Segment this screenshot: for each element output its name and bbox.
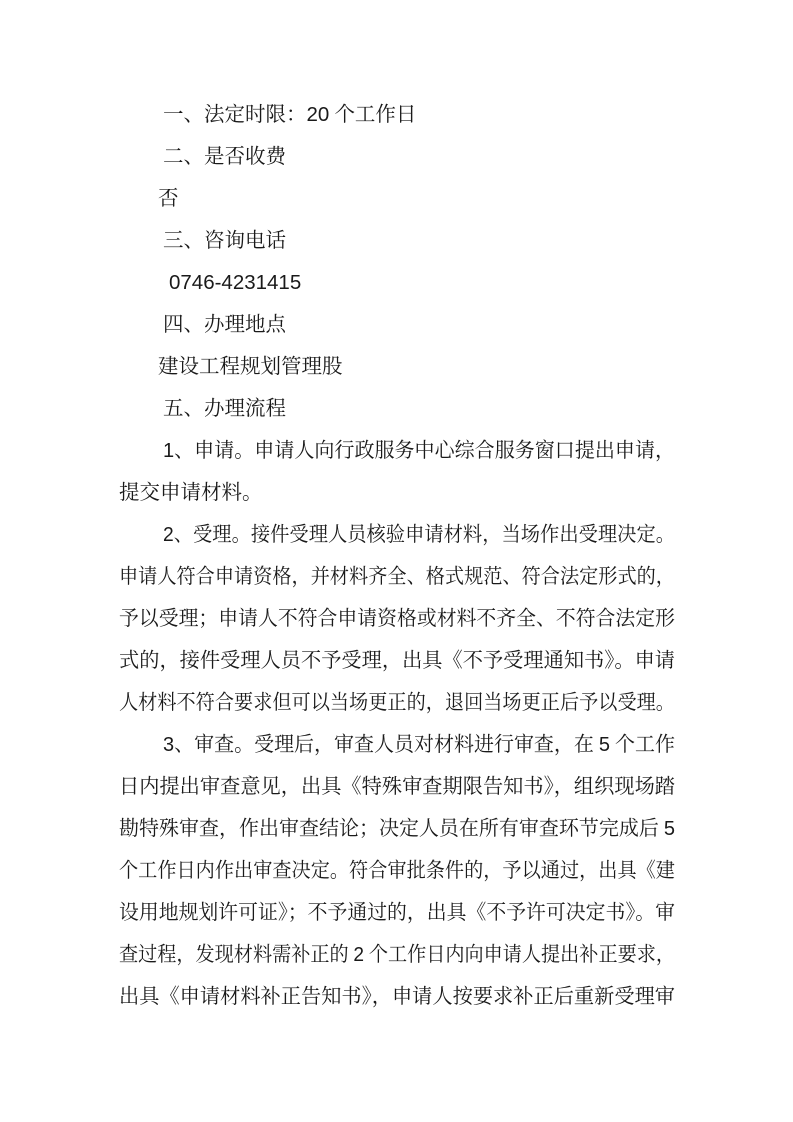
paragraph-step3-review-line: 设用地规划许可证》；不予通过的，出具《不予许可决定书》。审 [119,892,675,934]
paragraph-step1-apply-line: 1、申请。申请人向行政服务中心综合服务窗口提出申请， [119,430,675,472]
line-text: 申请人符合申请资格，并材料齐全、格式规范、符合法定形式的， [119,556,675,598]
line-text: 一、法定时限：20 个工作日 [163,94,416,136]
paragraph-step3-review-line: 勘特殊审查，作出审查结论；决定人员在所有审查环节完成后 5 [119,808,675,850]
line-text: 三、咨询电话 [163,220,286,262]
line-text: 出具《申请材料补正告知书》，申请人按要求补正后重新受理审 [119,976,675,1018]
paragraph-step2-accept-line: 式的，接件受理人员不予受理，出具《不予受理通知书》。申请 [119,640,675,682]
line-text: 日内提出审查意见，出具《特殊审查期限告知书》，组织现场踏 [119,766,675,808]
paragraph-step3-review-line: 个工作日内作出审查决定。符合审批条件的，予以通过，出具《建 [119,850,675,892]
paragraph-step2-accept-line: 申请人符合申请资格，并材料齐全、格式规范、符合法定形式的， [119,556,675,598]
value-handling-location: 建设工程规划管理股 [119,346,675,388]
heading-fee-required: 二、是否收费 [119,136,675,178]
line-text: 设用地规划许可证》；不予通过的，出具《不予许可决定书》。审 [119,892,675,934]
paragraph-step3-review-line: 3、审查。受理后，审查人员对材料进行审查，在 5 个工作 [119,724,675,766]
line-text: 2、受理。接件受理人员核验申请材料，当场作出受理决定。 [163,514,675,556]
paragraph-step1-apply-line: 提交申请材料。 [119,472,675,514]
line-text: 建设工程规划管理股 [158,346,343,388]
heading-handling-location: 四、办理地点 [119,304,675,346]
line-text: 3、审查。受理后，审查人员对材料进行审查，在 5 个工作 [163,724,675,766]
line-text: 个工作日内作出审查决定。符合审批条件的，予以通过，出具《建 [119,850,675,892]
line-text: 人材料不符合要求但可以当场更正的，退回当场更正后予以受理。 [119,682,675,724]
heading-handling-process: 五、办理流程 [119,388,675,430]
line-text: 勘特殊审查，作出审查结论；决定人员在所有审查环节完成后 5 [119,808,675,850]
line-text: 五、办理流程 [163,388,286,430]
value-fee-required: 否 [119,178,675,220]
paragraph-step3-review-line: 出具《申请材料补正告知书》，申请人按要求补正后重新受理审 [119,976,675,1018]
line-text: 式的，接件受理人员不予受理，出具《不予受理通知书》。申请 [119,640,675,682]
line-text: 提交申请材料。 [119,472,263,514]
value-consult-phone: 0746-4231415 [119,262,675,304]
line-text: 查过程，发现材料需补正的 2 个工作日内向申请人提出补正要求， [119,934,675,976]
paragraph-step2-accept-line: 予以受理；申请人不符合申请资格或材料不齐全、不符合法定形 [119,598,675,640]
heading-legal-time-limit: 一、法定时限：20 个工作日 [119,94,675,136]
paragraph-step2-accept-line: 2、受理。接件受理人员核验申请材料，当场作出受理决定。 [119,514,675,556]
line-text: 1、申请。申请人向行政服务中心综合服务窗口提出申请， [163,430,675,472]
line-text: 予以受理；申请人不符合申请资格或材料不齐全、不符合法定形 [119,598,675,640]
line-text: 0746-4231415 [169,262,301,304]
heading-consult-phone: 三、咨询电话 [119,220,675,262]
line-text: 二、是否收费 [163,136,286,178]
line-text: 否 [158,178,179,220]
paragraph-step2-accept-line: 人材料不符合要求但可以当场更正的，退回当场更正后予以受理。 [119,682,675,724]
line-text: 四、办理地点 [163,304,286,346]
document-body: 一、法定时限：20 个工作日 二、是否收费 否 三、咨询电话 0746-4231… [119,94,675,1018]
paragraph-step3-review-line: 日内提出审查意见，出具《特殊审查期限告知书》，组织现场踏 [119,766,675,808]
document-page: 一、法定时限：20 个工作日 二、是否收费 否 三、咨询电话 0746-4231… [0,0,793,1122]
paragraph-step3-review-line: 查过程，发现材料需补正的 2 个工作日内向申请人提出补正要求， [119,934,675,976]
